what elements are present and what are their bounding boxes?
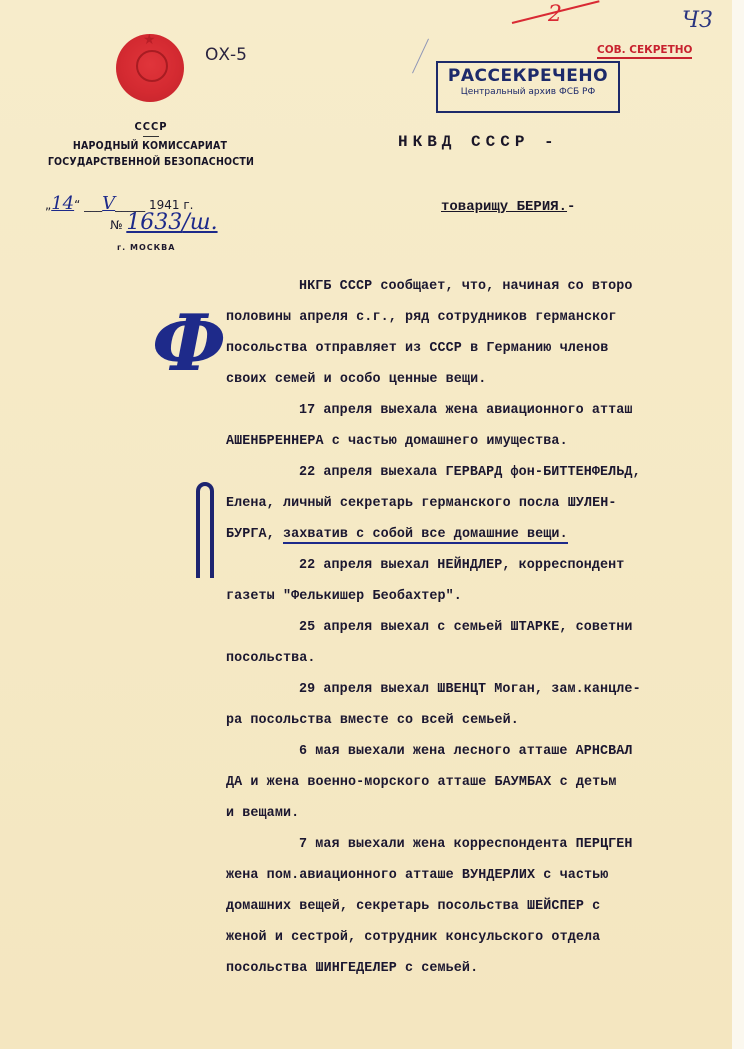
stamp-title: РАССЕКРЕЧЕНО <box>438 66 618 86</box>
number-value: 1633 <box>126 210 182 235</box>
body-line: 22 апреля выехал НЕЙНДЛЕР, корреспондент <box>226 556 736 587</box>
underlined-phrase: захватив с собой все домашние вещи. <box>283 527 568 544</box>
addressee: товарищу БЕРИЯ.- <box>441 199 575 215</box>
body-line: посольства. <box>226 649 736 680</box>
margin-mark <box>196 482 214 578</box>
margin-signature: Ф <box>152 305 226 383</box>
stamp-subtitle: Центральный архив ФСБ РФ <box>438 87 618 97</box>
body-line: 29 апреля выехал ШВЕНЦТ Моган, зам.канцл… <box>226 680 736 711</box>
date-day: 14 <box>51 193 74 214</box>
body-line: газеты "Фелькишер Беобахтер". <box>226 587 736 618</box>
classification-label: СОВ. СЕКРЕТНО <box>597 44 692 59</box>
document-number: № 1633/ш. <box>110 210 218 235</box>
recipient-organization: НКВД СССР - <box>398 133 559 151</box>
addressee-name: товарищу БЕРИЯ. <box>441 199 567 215</box>
number-suffix: /ш. <box>182 210 217 235</box>
letterhead-country: СССР <box>126 120 176 137</box>
body-line: НКГБ СССР сообщает, что, начиная со втор… <box>226 277 736 308</box>
body-line: посольства отправляет из СССР в Германию… <box>226 339 736 370</box>
document-body: НКГБ СССР сообщает, что, начиная со втор… <box>226 277 736 990</box>
number-prefix: № <box>110 218 122 232</box>
body-line: жена пом.авиационного атташе ВУНДЕРЛИХ с… <box>226 866 736 897</box>
body-line: ра посольства вместе со всей семьей. <box>226 711 736 742</box>
body-line: женой и сестрой, сотрудник консульского … <box>226 928 736 959</box>
body-line: половины апреля с.г., ряд сотрудников ге… <box>226 308 736 339</box>
body-line: домашних вещей, секретарь посольства ШЕЙ… <box>226 897 736 928</box>
declassified-stamp: РАССЕКРЕЧЕНО Центральный архив ФСБ РФ <box>436 61 620 113</box>
body-line: АШЕНБРЕННЕРА с частью домашнего имуществ… <box>226 432 736 463</box>
body-line: 6 мая выехали жена лесного атташе АРНСВА… <box>226 742 736 773</box>
document-page: ★ ОХ-5 СССР НАРОДНЫЙ КОМИССАРИАТ ГОСУДАР… <box>0 0 732 1049</box>
addressee-dash: - <box>567 199 575 215</box>
form-code: ОХ-5 <box>205 45 247 65</box>
star-icon: ★ <box>143 32 156 48</box>
top-right-initials: ЧЗ <box>682 8 713 33</box>
letterhead-agency-line1: НАРОДНЫЙ КОМИССАРИАТ <box>40 140 260 152</box>
page-edge <box>732 0 744 1049</box>
body-line: своих семей и особо ценные вещи. <box>226 370 736 401</box>
body-line: 22 апреля выехала ГЕРВАРД фон-БИТТЕНФЕЛЬ… <box>226 463 736 494</box>
body-line: ДА и жена военно-морского атташе БАУМБАХ… <box>226 773 736 804</box>
ussr-coat-of-arms-icon: ★ <box>116 34 184 102</box>
body-line: Елена, личный секретарь германского посл… <box>226 494 736 525</box>
body-line: БУРГА, захватив с собой все домашние вещ… <box>226 525 736 556</box>
body-line: 25 апреля выехал с семьей ШТАРКЕ, советн… <box>226 618 736 649</box>
letterhead-agency-line2: ГОСУДАРСТВЕННОЙ БЕЗОПАСНОСТИ <box>40 156 262 168</box>
globe-icon <box>136 50 168 82</box>
pencil-stroke <box>412 39 429 74</box>
body-line: 7 мая выехали жена корреспондента ПЕРЦГЕ… <box>226 835 736 866</box>
body-line: посольства ШИНГЕДЕЛЕР с семьей. <box>226 959 736 990</box>
letterhead-city: г. МОСКВА <box>117 243 175 252</box>
body-line: и вещами. <box>226 804 736 835</box>
body-line: 17 апреля выехала жена авиационного атта… <box>226 401 736 432</box>
